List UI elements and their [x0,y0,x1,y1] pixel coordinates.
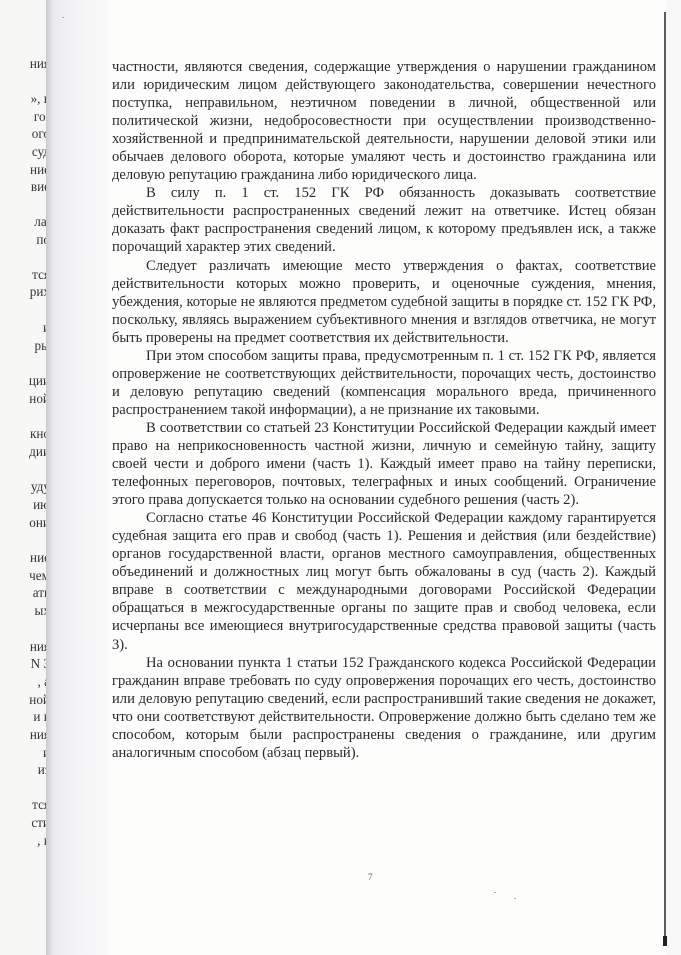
document-body: частности, являются сведения, содержащие… [112,58,656,762]
paragraph-7: На основании пункта 1 статьи 152 Граждан… [112,654,656,762]
scan-right-edge [666,0,681,955]
book-gutter-shadow [46,0,110,955]
scan-speck [514,898,516,899]
page-number: 7 [368,872,373,882]
paragraph-4: При этом способом защиты права, предусмо… [112,347,656,419]
previous-page-margin: ния», вго-огосудниевиела,потсярихирыциин… [0,0,52,955]
page-right-border-line [664,12,666,942]
scan-speck [62,17,64,18]
page-right-border-mark [663,936,667,946]
scan-speck [494,892,496,893]
page-edge-shadow [46,0,52,955]
paragraph-1: частности, являются сведения, содержащие… [112,58,656,184]
paragraph-6: Согласно статье 46 Конституции Российско… [112,509,656,653]
paragraph-3: Следует различать имеющие место утвержде… [112,257,656,347]
paragraph-2: В силу п. 1 ст. 152 ГК РФ обязанность до… [112,184,656,256]
paragraph-5: В соответствии со статьей 23 Конституции… [112,419,656,509]
